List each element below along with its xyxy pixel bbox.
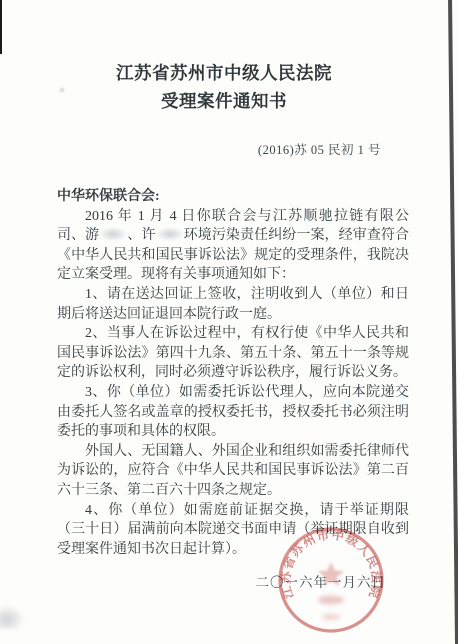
- redacted-name-2: [156, 227, 184, 240]
- redacted-name-1: [99, 227, 127, 240]
- notice-item-4: 4、你（单位）如需庭前证据交换，请于举证期限（三十日）届满前向本院递交书面申请（…: [57, 501, 409, 560]
- seal-bottom-mark: [318, 596, 344, 605]
- court-name-heading: 江苏省苏州市中级人民法院: [0, 60, 448, 85]
- notice-item-foreign-parties: 外国人、无国籍人、外国企业和组织如需委托律师代为诉讼的，应符合《中华人民共和国民…: [57, 442, 409, 501]
- seal-bottom-smudge: [322, 614, 340, 620]
- addressee-line: 中华环保联合会:: [57, 187, 409, 207]
- scan-bottom-left-smudge: [0, 605, 25, 629]
- notice-title-heading: 受理案件通知书: [0, 88, 448, 113]
- notice-item-1: 1、请在送达回证上签收，注明收到人（单位）和日期后将送达回证退回本院行政一庭。: [57, 285, 409, 324]
- scan-right-edge-shadow: [448, 0, 458, 644]
- scan-top-left-edge-mark: [0, 0, 2, 54]
- case-number: (2016)苏 05 民初 1 号: [258, 140, 381, 158]
- notice-item-3: 3、你（单位）如需委托诉讼代理人，应向本院递交由委托人签名或盖章的授权委托书，授…: [57, 383, 409, 442]
- intro-part2: 、许: [127, 228, 155, 243]
- notice-item-2: 2、当事人在诉讼过程中，有权行使《中华人民共和国民事诉讼法》第四十九条、第五十条…: [57, 324, 409, 383]
- scanned-court-notice-page: 江苏省苏州市中级人民法院 受理案件通知书 (2016)苏 05 民初 1 号 中…: [0, 0, 458, 644]
- intro-paragraph: 2016 年 1 月 4 日你联合会与江苏顺驰拉链有限公司、游、许环境污染责任纠…: [57, 207, 409, 285]
- notice-body: 中华环保联合会: 2016 年 1 月 4 日你联合会与江苏顺驰拉链有限公司、游…: [57, 187, 409, 559]
- issue-date: 二〇一六年一月六日: [256, 571, 387, 591]
